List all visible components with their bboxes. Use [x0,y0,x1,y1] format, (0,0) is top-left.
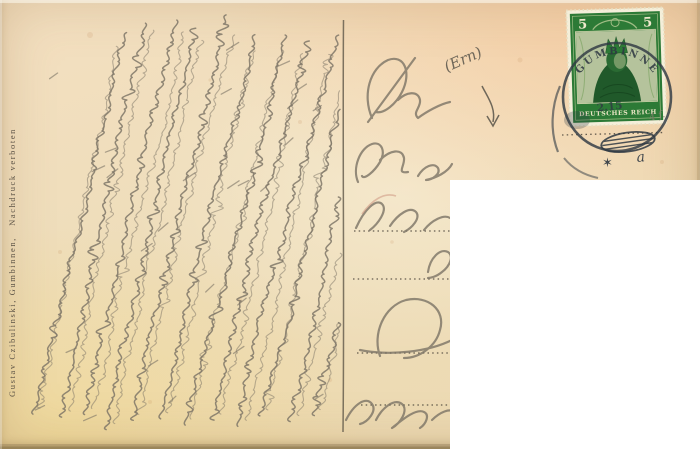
publisher-imprint: Gustav Czibulinski, Gumbinnen, Nachdruck… [7,128,17,397]
postmark-town: GUMBINNEN [0,0,661,77]
postcard-back: 5 5 DEUTSCHES REICH GUMBINNEN 2.15 ✶ a (… [0,0,700,449]
postmark-second-strike-arc-2 [564,158,598,178]
stamp-denomination-left: 5 [578,17,588,32]
divider-line [343,20,344,432]
address-handwriting [346,58,454,428]
message-handwriting-light [37,30,342,423]
annotation-text: (Ern) [441,43,485,76]
postmark-second-strike-arc [553,86,560,152]
postmark-index-letter: a [636,149,646,166]
postmark-star: ✶ [602,156,613,171]
stamp-denomination-right: 5 [643,15,653,30]
white-mask-overlay [450,180,700,449]
postmark-ink-smudge [564,111,590,129]
